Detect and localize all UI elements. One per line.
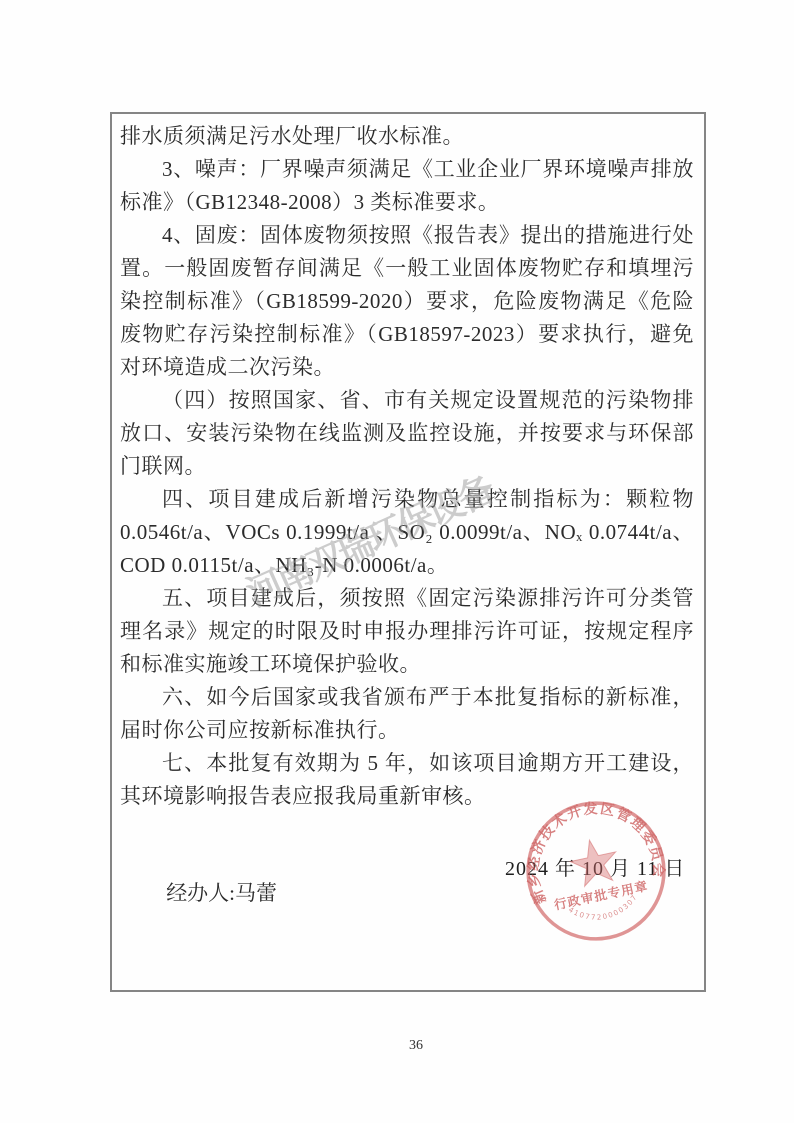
- official-seal: 新乡经济技术开发区管理委员会 行政审批专用章 4107720000307: [506, 781, 686, 961]
- paragraph-noise: 3、噪声：厂界噪声须满足《工业企业厂界环境噪声排放标准》（GB12348-200…: [120, 153, 694, 219]
- paragraph-permit-acceptance: 五、项目建成后，须按照《固定污染源排污许可分类管理名录》规定的时限及时申报办理排…: [120, 582, 694, 681]
- paragraph-new-standards: 六、如今后国家或我省颁布严于本批复指标的新标准，届时你公司应按新标准执行。: [120, 681, 694, 747]
- scanned-approval-page: 河南双瑞环保设备 排水质须满足污水处理厂收水标准。 3、噪声：厂界噪声须满足《工…: [0, 0, 794, 1123]
- seal-star-icon: [567, 835, 621, 888]
- paragraph-outlet-monitoring: （四）按照国家、省、市有关规定设置规范的污染物排放口、安装污染物在线监测及监控设…: [120, 384, 694, 483]
- seal-graphic: 新乡经济技术开发区管理委员会 行政审批专用章 4107720000307: [506, 781, 686, 961]
- paragraph-solid-waste: 4、固废：固体废物须按照《报告表》提出的措施进行处置。一般固废暂存间满足《一般工…: [120, 219, 694, 384]
- paragraph-wastewater-continuation: 排水质须满足污水处理厂收水标准。: [120, 120, 694, 153]
- paragraph-total-control-indicators: 四、项目建成后新增污染物总量控制指标为：颗粒物 0.0546t/a、VOCs 0…: [120, 483, 694, 582]
- page-number: 36: [0, 1038, 794, 1054]
